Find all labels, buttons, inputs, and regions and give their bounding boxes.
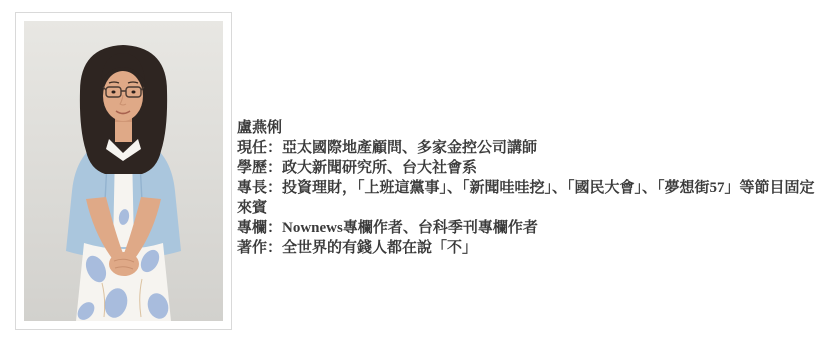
profile-name: 盧燕俐 (237, 118, 821, 138)
bio-line-education: 學歷：政大新聞研究所、台大社會系 (237, 158, 821, 178)
bio-line-publications: 著作：全世界的有錢人都在說「不」 (237, 238, 821, 258)
bio-line-columns: 專欄：Nownews專欄作者、台科季刊專欄作者 (237, 218, 821, 238)
portrait-hands (109, 252, 139, 276)
profile-page: 盧燕俐 現任：亞太國際地產顧問、多家金控公司講師 學歷：政大新聞研究所、台大社會… (0, 0, 832, 360)
bio-line-expertise: 專長：投資理財，「上班這黨事」、「新聞哇哇挖」、「國民大會」、「夢想街57」等節… (237, 178, 821, 218)
portrait-right-eye (132, 91, 136, 94)
bio-line-current-position: 現任：亞太國際地產顧問、多家金控公司講師 (237, 138, 821, 158)
profile-photo-frame (15, 12, 232, 330)
portrait-left-eye (112, 91, 116, 94)
profile-photo (24, 21, 223, 321)
profile-bio: 盧燕俐 現任：亞太國際地產顧問、多家金控公司講師 學歷：政大新聞研究所、台大社會… (237, 118, 821, 258)
